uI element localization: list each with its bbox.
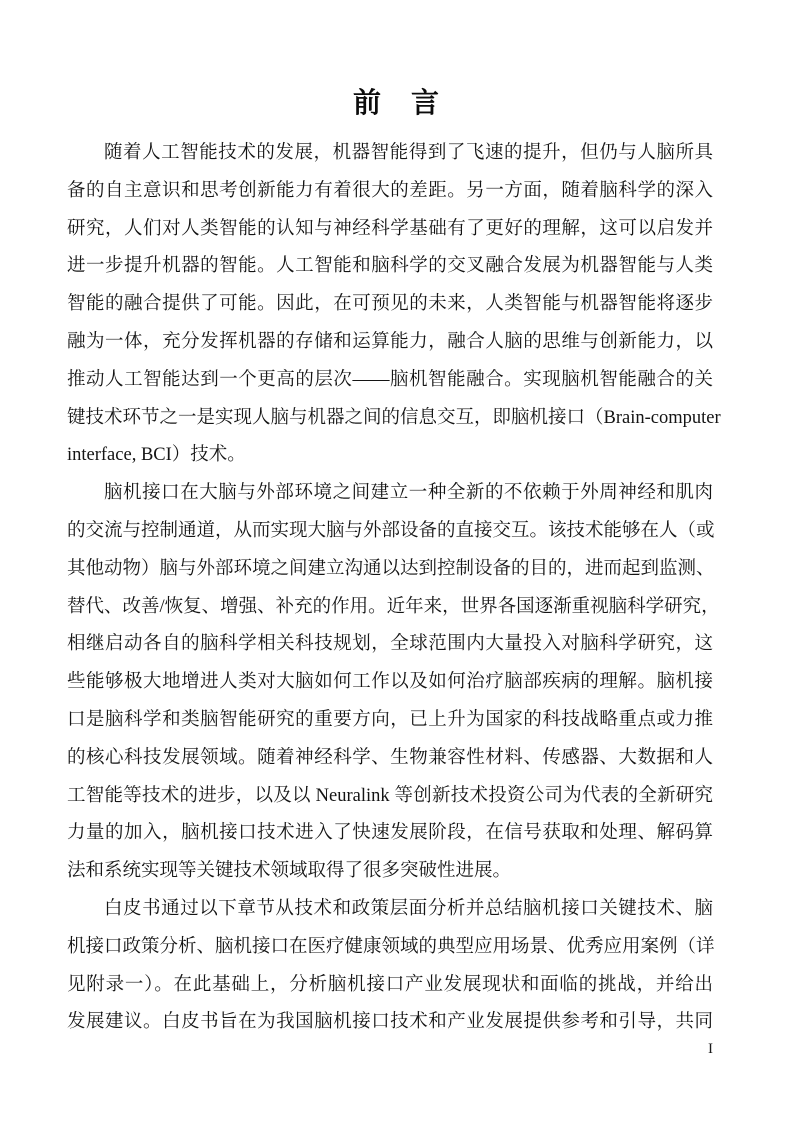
text-line: 机接口政策分析、脑机接口在医疗健康领域的典型应用场景、优秀应用案例（详 bbox=[67, 929, 713, 967]
text-line: 智能的融合提供了可能。因此，在可预见的未来，人类智能与机器智能将逐步 bbox=[67, 286, 713, 324]
text-line: 推动人工智能达到一个更高的层次——脑机智能融合。实现脑机智能融合的关 bbox=[67, 362, 713, 400]
text-line: 工智能等技术的进步，以及以 Neuralink 等创新技术投资公司为代表的全新研… bbox=[67, 778, 713, 816]
text-line: 些能够极大地增进人类对大脑如何工作以及如何治疗脑部疾病的理解。脑机接 bbox=[67, 664, 713, 702]
text-line: 相继启动各自的脑科学相关科技规划，全球范围内大量投入对脑科学研究，这 bbox=[67, 626, 713, 664]
text-line: 备的自主意识和思考创新能力有着很大的差距。另一方面，随着脑科学的深入 bbox=[67, 173, 713, 211]
paragraph-1: 随着人工智能技术的发展，机器智能得到了飞速的提升，但仍与人脑所具 备的自主意识和… bbox=[67, 135, 713, 475]
text-line: 进一步提升机器的智能。人工智能和脑科学的交叉融合发展为机器智能与人类 bbox=[67, 248, 713, 286]
text-line: 随着人工智能技术的发展，机器智能得到了飞速的提升，但仍与人脑所具 bbox=[67, 135, 713, 173]
page-title: 前 言 bbox=[0, 86, 793, 122]
document-body: 随着人工智能技术的发展，机器智能得到了飞速的提升，但仍与人脑所具 备的自主意识和… bbox=[67, 135, 713, 1042]
text-line: 键技术环节之一是实现人脑与机器之间的信息交互，即脑机接口（Brain-compu… bbox=[67, 400, 713, 438]
page-number: I bbox=[67, 1041, 713, 1058]
text-line: 法和系统实现等关键技术领域取得了很多突破性进展。 bbox=[67, 853, 713, 891]
text-line: 的交流与控制通道，从而实现大脑与外部设备的直接交互。该技术能够在人（或 bbox=[67, 513, 713, 551]
text-line: 替代、改善/恢复、增强、补充的作用。近年来，世界各国逐渐重视脑科学研究， bbox=[67, 589, 713, 627]
paragraph-3: 白皮书通过以下章节从技术和政策层面分析并总结脑机接口关键技术、脑 机接口政策分析… bbox=[67, 891, 713, 1042]
text-line: 发展建议。白皮书旨在为我国脑机接口技术和产业发展提供参考和引导，共同 bbox=[67, 1004, 713, 1042]
text-line: interface, BCI）技术。 bbox=[67, 437, 713, 475]
text-line: 口是脑科学和类脑智能研究的重要方向，已上升为国家的科技战略重点或力推 bbox=[67, 702, 713, 740]
text-line: 研究，人们对人类智能的认知与神经科学基础有了更好的理解，这可以启发并 bbox=[67, 211, 713, 249]
text-line: 的核心科技发展领域。随着神经科学、生物兼容性材料、传感器、大数据和人 bbox=[67, 740, 713, 778]
text-line: 白皮书通过以下章节从技术和政策层面分析并总结脑机接口关键技术、脑 bbox=[67, 891, 713, 929]
text-line: 脑机接口在大脑与外部环境之间建立一种全新的不依赖于外周神经和肌肉 bbox=[67, 475, 713, 513]
document-page: 前 言 随着人工智能技术的发展，机器智能得到了飞速的提升，但仍与人脑所具 备的自… bbox=[0, 0, 793, 1122]
text-line: 其他动物）脑与外部环境之间建立沟通以达到控制设备的目的，进而起到监测、 bbox=[67, 551, 713, 589]
text-line: 融为一体，充分发挥机器的存储和运算能力，融合人脑的思维与创新能力，以 bbox=[67, 324, 713, 362]
text-line: 见附录一）。在此基础上，分析脑机接口产业发展现状和面临的挑战，并给出 bbox=[67, 967, 713, 1005]
text-line: 力量的加入，脑机接口技术进入了快速发展阶段，在信号获取和处理、解码算 bbox=[67, 815, 713, 853]
paragraph-2: 脑机接口在大脑与外部环境之间建立一种全新的不依赖于外周神经和肌肉 的交流与控制通… bbox=[67, 475, 713, 891]
